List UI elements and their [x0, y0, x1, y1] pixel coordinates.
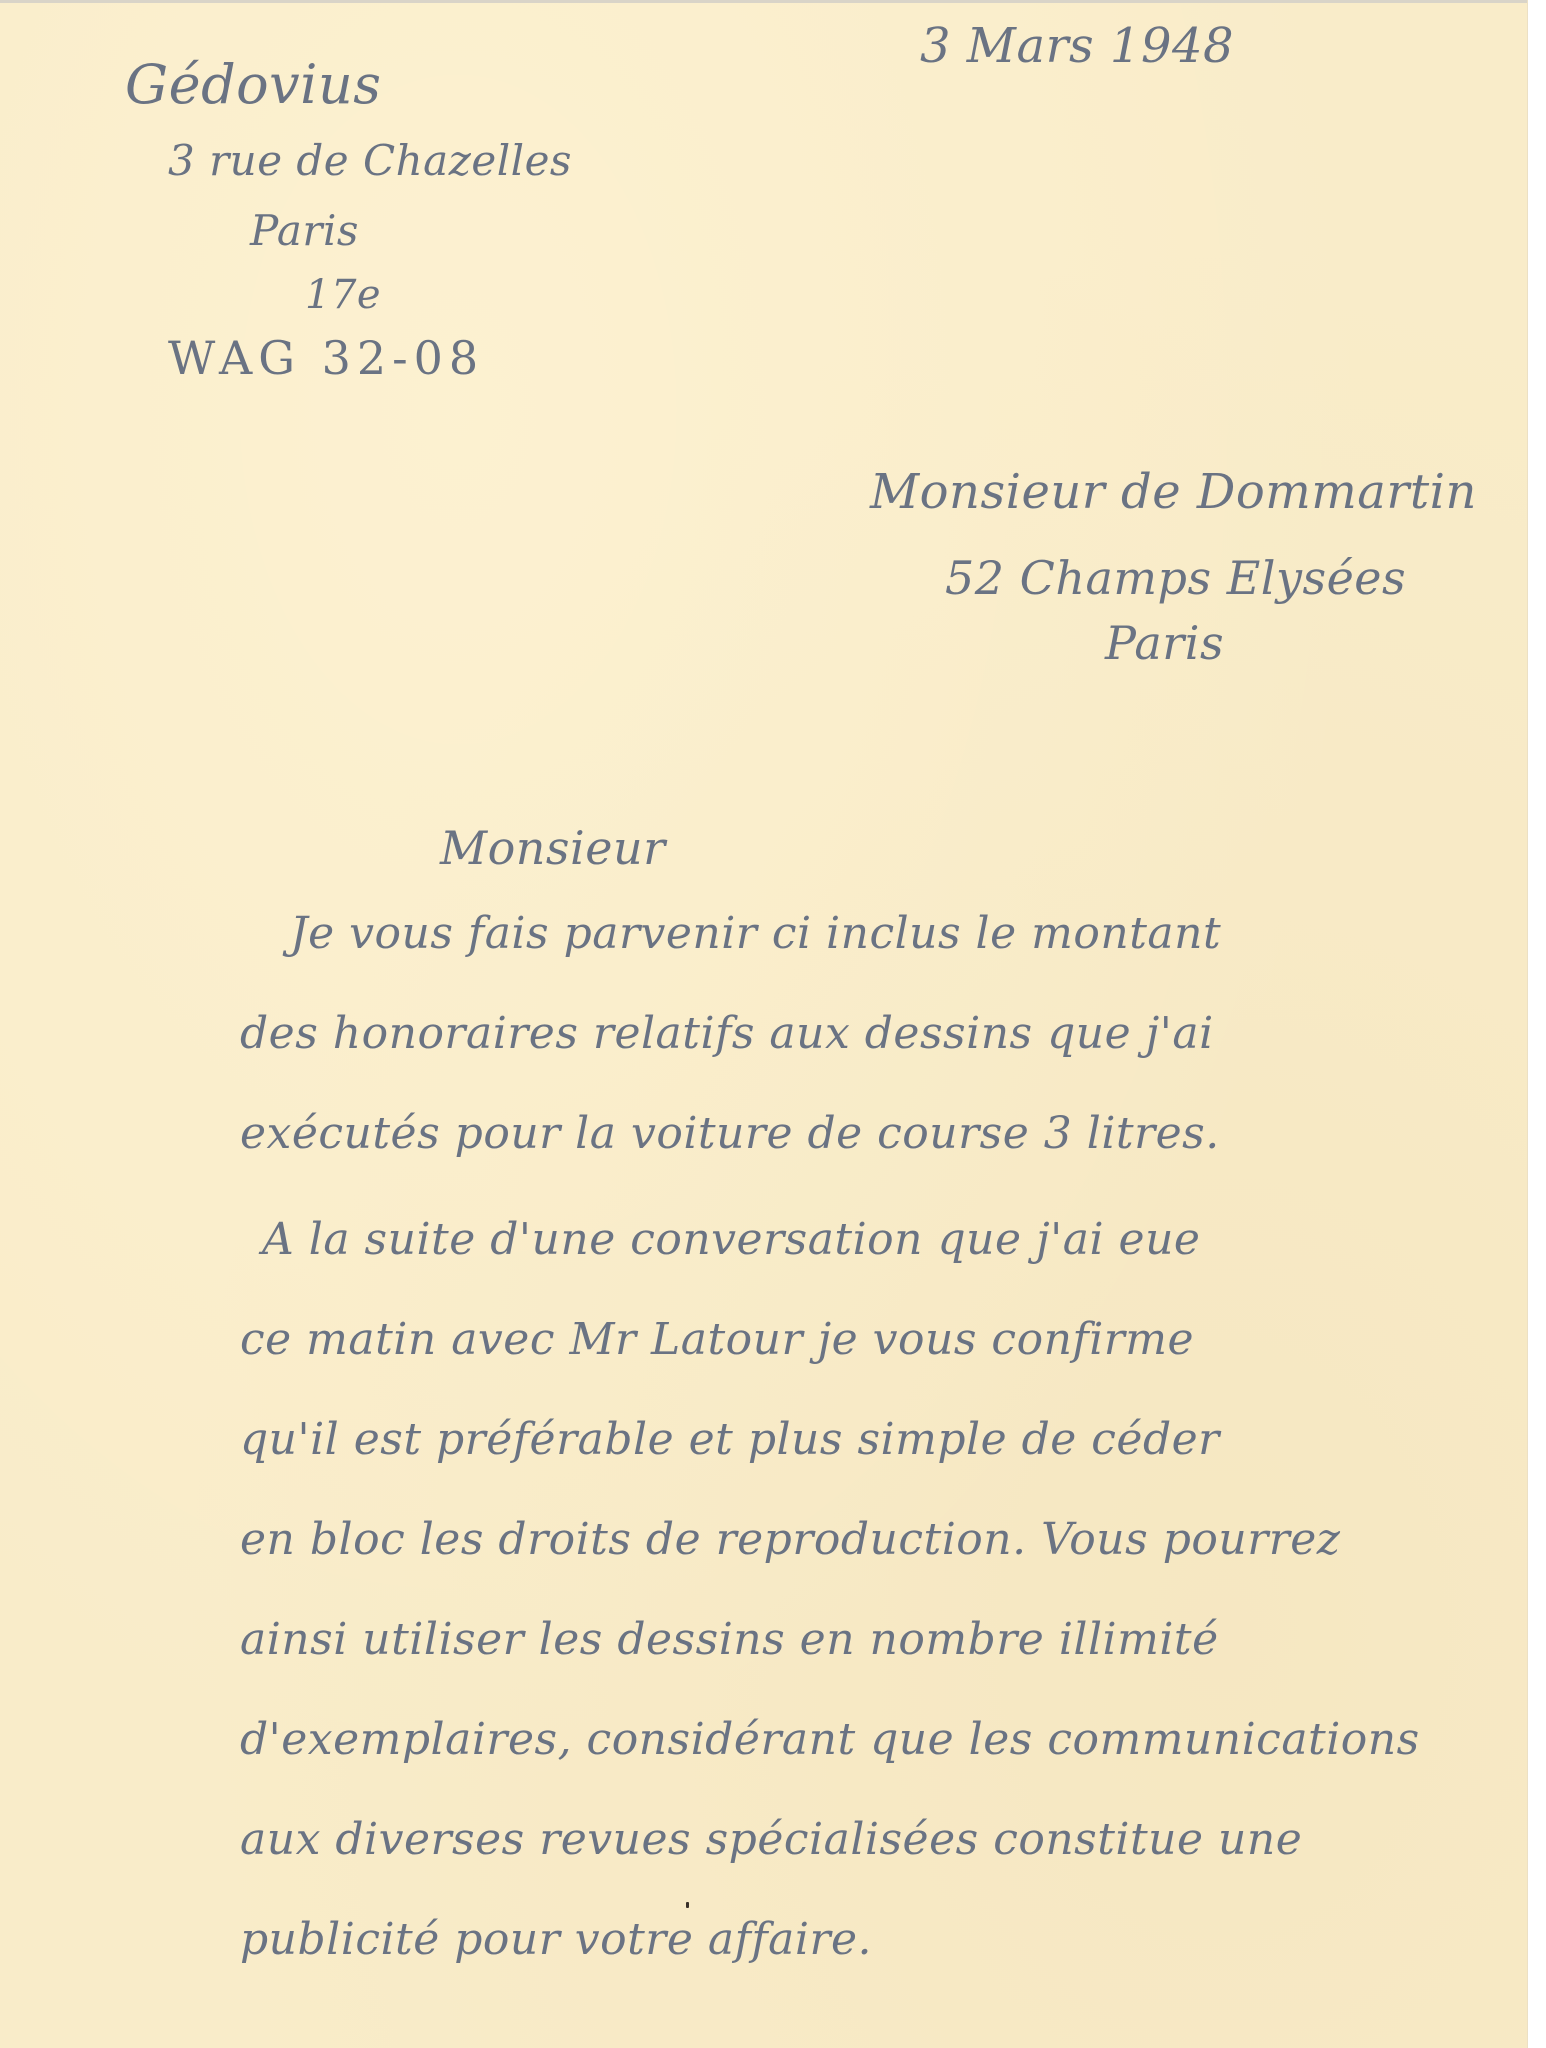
- sender-arrondissement: 17e: [305, 275, 381, 315]
- recipient-name: Monsieur de Dommartin: [870, 468, 1477, 516]
- recipient-city: Paris: [1105, 620, 1224, 666]
- body-line: A la suite d'une conversation que j'ai e…: [262, 1218, 1200, 1262]
- body-line: Je vous fais parvenir ci inclus le monta…: [290, 912, 1221, 956]
- body-line: qu'il est préférable et plus simple de c…: [240, 1418, 1220, 1462]
- body-line: aux diverses revues spécialisées constit…: [240, 1818, 1302, 1862]
- sender-phone: WAG 32-08: [168, 335, 484, 381]
- letter-page: Gédovius 3 rue de Chazelles Paris 17e WA…: [0, 0, 1527, 2048]
- sender-city: Paris: [250, 210, 359, 252]
- body-line: des honoraires relatifs aux dessins que …: [240, 1012, 1214, 1056]
- sender-name: Gédovius: [125, 58, 381, 112]
- body-line: ainsi utiliser les dessins en nombre ill…: [240, 1618, 1219, 1662]
- letter-date: 3 Mars 1948: [920, 22, 1234, 70]
- recipient-street: 52 Champs Elysées: [945, 555, 1406, 601]
- body-line: ce matin avec Mr Latour je vous confirme: [240, 1318, 1194, 1362]
- body-line: en bloc les droits de reproduction. Vous…: [240, 1518, 1340, 1562]
- paper-speck: [686, 1902, 689, 1908]
- sender-street: 3 rue de Chazelles: [168, 140, 572, 182]
- body-line: d'exemplaires, considérant que les commu…: [240, 1718, 1420, 1762]
- body-line: exécutés pour la voiture de course 3 lit…: [240, 1112, 1220, 1156]
- page-top-edge: [0, 0, 1527, 3]
- body-line: publicité pour votre affaire.: [240, 1918, 872, 1962]
- salutation: Monsieur: [440, 825, 666, 871]
